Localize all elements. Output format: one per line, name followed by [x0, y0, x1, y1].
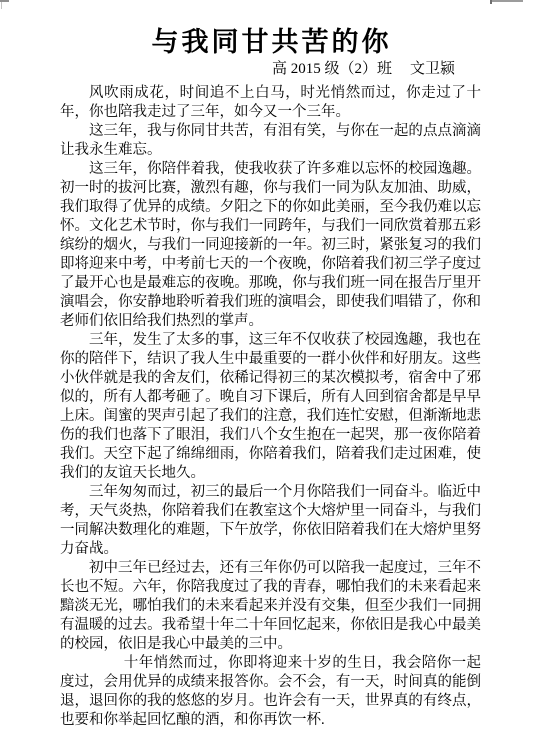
essay-paragraph: 风吹雨成花，时间追不上白马，时光悄然而过，你走过了十年，你也陪我走过了三年，如今…	[60, 84, 481, 122]
essay-byline: 高 2015 级（2）班文卫颍	[0, 60, 543, 78]
essay-paragraph: 这三年，你陪伴着我，使我收获了许多难以忘怀的校园逸趣。初一时的拔河比赛，激烈有趣…	[60, 160, 481, 331]
document-page: 与我同甘共苦的你 高 2015 级（2）班文卫颍 风吹雨成花，时间追不上白马，时…	[0, 0, 543, 750]
essay-paragraph: 这三年，我与你同甘共苦，有泪有笑，与你在一起的点点滴滴让我永生难忘。	[60, 122, 481, 160]
essay-paragraph: 十年悄然而过，你即将迎来十岁的生日，我会陪你一起度过，会用优异的成绩来报答你。会…	[60, 654, 481, 730]
page-edge-artifact-right-tick	[490, 0, 492, 4]
page-edge-artifact-right	[491, 0, 523, 2]
essay-title: 与我同甘共苦的你	[0, 27, 543, 57]
byline-class-label: 高 2015 级（2）班	[272, 61, 392, 77]
byline-author: 文卫颍	[410, 61, 455, 77]
essay-paragraph: 三年，发生了太多的事，这三年不仅收获了校园逸趣，我也在你的陪伴下，结识了我人生中…	[60, 331, 481, 483]
essay-paragraph: 初中三年已经过去，还有三年你仍可以陪我一起度过，三年不长也不短。六年，你陪我度过…	[60, 559, 481, 654]
page-edge-artifact-left-tick	[1, 2, 2, 9]
essay-body: 风吹雨成花，时间追不上白马，时光悄然而过，你走过了十年，你也陪我走过了三年，如今…	[60, 84, 481, 730]
essay-paragraph: 三年匆匆而过，初三的最后一个月你陪我们一同奋斗。临近中考，天气炎热，你陪着我们在…	[60, 483, 481, 559]
